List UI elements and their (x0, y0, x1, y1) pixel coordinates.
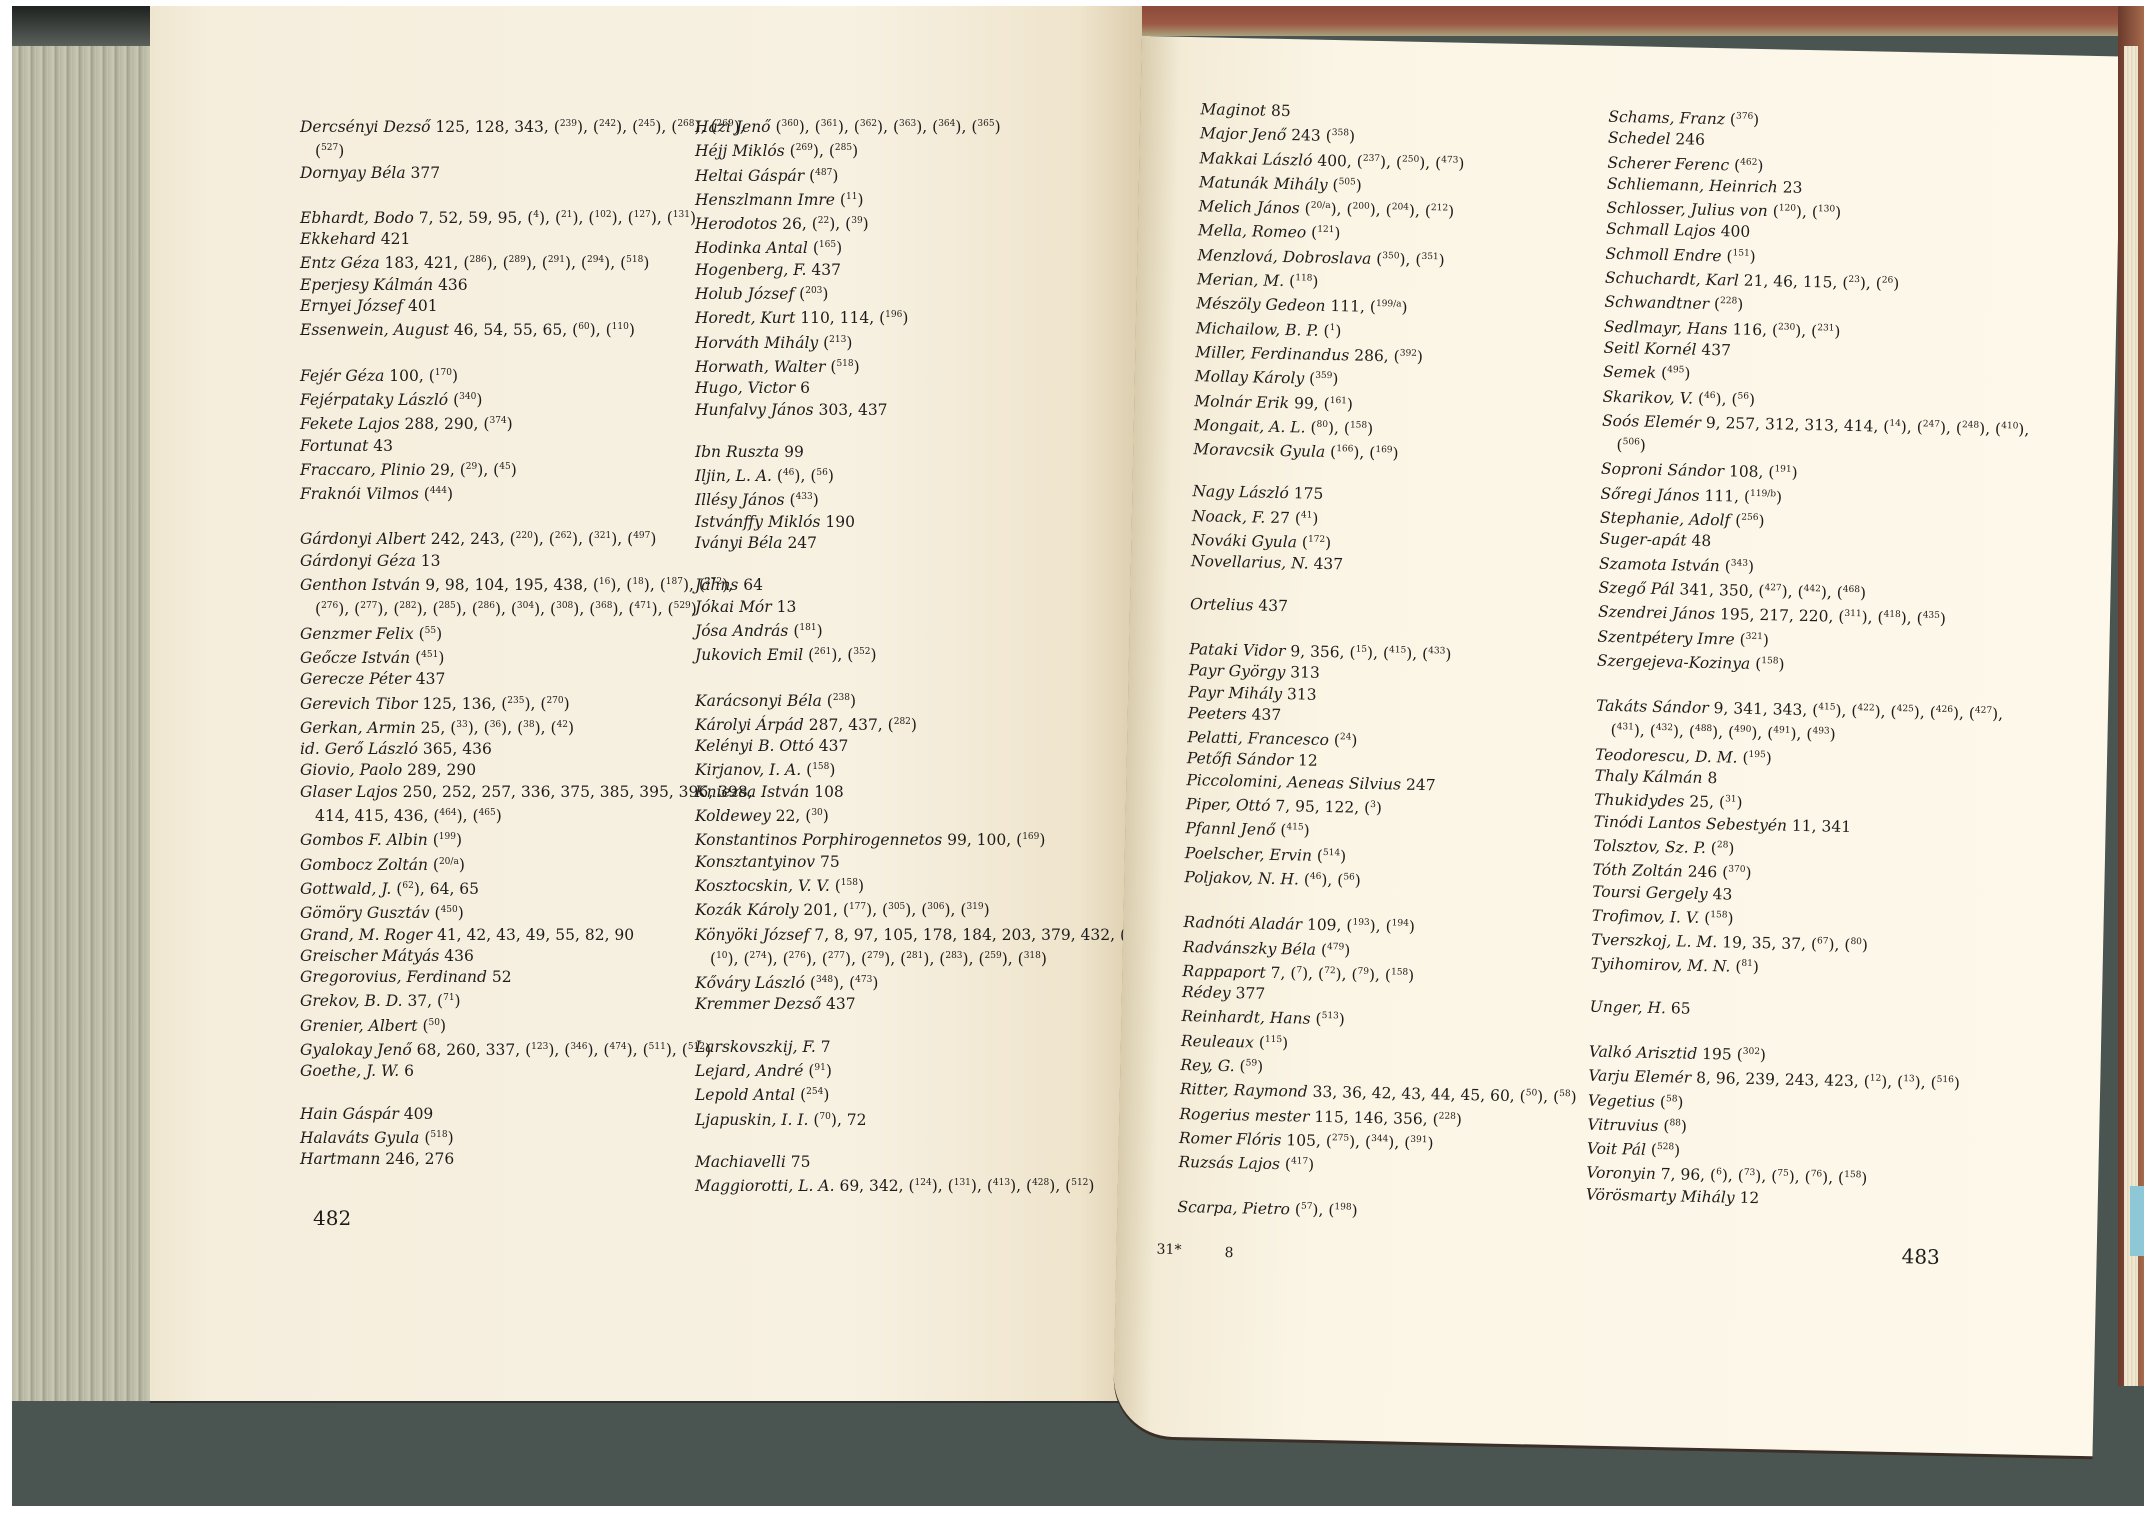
entry-name: Melich János (1198, 197, 1300, 217)
entry-page-refs: (254) (795, 1086, 829, 1104)
entry-page-refs: 65 (1666, 999, 1691, 1018)
entry-name: Jähns (695, 576, 738, 594)
page-stack-edge-right (2124, 46, 2138, 1386)
entry-name: Schmall Lajos (1606, 220, 1716, 240)
entry-page-refs: (462) (1729, 156, 1764, 175)
index-entry: Ljapuskin, I. I. (70), 72 (695, 1107, 1165, 1131)
entry-name: Hugo, Victor (695, 379, 795, 397)
entry-page-refs: 99, (161) (1289, 394, 1353, 413)
entry-name: Molnár Erik (1194, 392, 1289, 412)
entry-page-refs: (343) (1720, 557, 1755, 576)
entry-page-refs: 437 (411, 670, 446, 688)
entry-page-refs: 195 (302) (1697, 1045, 1766, 1064)
entry-page-refs: (505) (1327, 176, 1362, 195)
entry-page-refs: 400, (237), (250), (473) (1312, 151, 1464, 172)
entry-name: Soproni Sándor (1601, 460, 1724, 481)
entry-name: Piper, Ottó (1186, 795, 1271, 815)
entry-name: Mella, Romeo (1198, 222, 1307, 242)
entry-page-refs: 99, 100, (169) (942, 831, 1045, 849)
entry-page-refs: (321) (1734, 630, 1769, 649)
entry-page-refs: 29, (29), (45) (425, 461, 517, 479)
entry-name: Schmoll Endre (1605, 245, 1721, 265)
entry-page-refs: 43 (368, 437, 393, 455)
entry-page-refs: (120), (130) (1768, 202, 1842, 222)
entry-page-refs: (70), 72 (808, 1111, 866, 1129)
entry-name: Poljakov, N. H. (1184, 868, 1299, 888)
entry-page-refs: 401 (403, 297, 438, 315)
index-entry: Kőváry László (348), (473) (695, 970, 1165, 994)
entry-page-refs: 421 (376, 230, 411, 248)
entry-name: Károlyi Árpád (695, 716, 804, 734)
entry-page-refs: (121) (1306, 224, 1341, 243)
index-column-2: Házi Jenő (360), (361), (362), (363), (3… (695, 114, 1165, 1197)
entry-name: Jukovich Emil (695, 646, 803, 664)
entry-page-refs: 286, (392) (1349, 346, 1423, 366)
entry-page-refs: (213) (818, 334, 852, 352)
entry-page-refs: 437 (1696, 341, 1731, 360)
entry-name: Payr György (1189, 661, 1286, 681)
entry-name: Jókai Mór (695, 598, 772, 616)
entry-name: Moravcsik Gyula (1193, 440, 1325, 461)
entry-page-refs: 75 (786, 1153, 811, 1171)
entry-name: Vitruvius (1587, 1115, 1659, 1134)
entry-page-refs: (158) (1699, 909, 1734, 928)
index-entry: Jósa András (181) (695, 618, 1165, 642)
entry-name: Hain Gáspár (300, 1105, 399, 1123)
entry-page-refs: 48 (1686, 532, 1711, 551)
entry-name: Rogerius mester (1179, 1105, 1309, 1126)
index-entry: Iljin, L. A. (46), (56) (695, 463, 1165, 487)
index-entry: Könyöki József 7, 8, 97, 105, 178, 184, … (695, 922, 1165, 971)
entry-page-refs: (199) (428, 831, 462, 849)
entry-page-refs: 437 (821, 995, 856, 1013)
entry-name: Maginot (1200, 100, 1266, 119)
entry-page-refs: (444) (419, 485, 453, 503)
entry-page-refs: (350), (351) (1371, 250, 1445, 270)
entry-name: Lepold Antal (695, 1086, 795, 1104)
entry-name: id. Gerő László (300, 740, 418, 758)
entry-name: Rey, G. (1180, 1056, 1235, 1075)
entry-name: Schedel (1608, 129, 1671, 148)
entry-page-refs: (158) (1750, 655, 1785, 674)
index-entry: Herodotos 26, (22), (39) (695, 211, 1165, 235)
index-entry: Heltai Gáspár (487) (695, 163, 1165, 187)
entry-name: Szergejeva-Kozinya (1597, 651, 1751, 672)
entry-page-refs: 437 (814, 737, 849, 755)
entry-name: Genthon István (300, 576, 420, 594)
entry-name: Konsztantyinov (695, 853, 815, 871)
entry-page-refs: 111, (119/b) (1699, 487, 1782, 507)
section-gap (695, 1131, 1165, 1152)
entry-page-refs: (518) (419, 1129, 453, 1147)
index-entry: Iványi Béla 247 (695, 533, 1165, 554)
entry-name: Istvánffy Miklós (695, 513, 820, 531)
index-entry: Jukovich Emil (261), (352) (695, 642, 1165, 666)
entry-name: Eperjesy Kálmán (300, 276, 433, 294)
entry-name: Voronyin (1586, 1164, 1656, 1183)
section-gap (695, 667, 1165, 688)
entry-name: Peeters (1188, 704, 1247, 723)
entry-name: Illésy János (695, 491, 785, 509)
entry-page-refs: 377 (1230, 984, 1265, 1003)
index-entry: Jókai Mór 13 (695, 597, 1165, 618)
entry-name: Schuchardt, Karl (1605, 269, 1739, 290)
entry-name: Scarpa, Pietro (1177, 1198, 1290, 1218)
entry-name: Sőregi János (1600, 484, 1699, 504)
entry-name: Reuleaux (1181, 1032, 1254, 1052)
entry-page-refs: 37, (71) (403, 992, 461, 1010)
entry-name: Heltai Gáspár (695, 167, 804, 185)
page-number-left: 482 (313, 1206, 351, 1230)
entry-page-refs: 99 (779, 443, 804, 461)
entry-name: Iványi Béla (695, 534, 783, 552)
entry-name: Dercsényi Dezső (300, 118, 431, 136)
entry-name: Házi Jenő (695, 118, 771, 136)
entry-name: Michailow, B. P. (1196, 319, 1319, 340)
index-entry: Konsztantyinov 75 (695, 852, 1165, 873)
page-number-right: 483 (1901, 1244, 1940, 1269)
entry-page-refs: 365, 436 (418, 740, 492, 758)
entry-name: Koldewey (695, 807, 771, 825)
entry-page-refs: (165) (808, 239, 842, 257)
entry-name: Pfannl Jenő (1185, 819, 1275, 839)
entry-page-refs: (158) (830, 877, 864, 895)
entry-name: Tverszkoj, L. M. (1591, 931, 1717, 952)
entry-page-refs: (81) (1730, 958, 1759, 977)
entry-page-refs: 43 (1707, 885, 1732, 904)
entry-name: Tyihomirov, M. N. (1590, 955, 1730, 976)
index-entry: Hodinka Antal (165) (695, 235, 1165, 259)
entry-name: Jósa András (695, 622, 788, 640)
entry-name: Radvánszky Béla (1183, 938, 1316, 959)
entry-page-refs: 242, 243, (220), (262), (321), (497) (426, 530, 657, 548)
entry-page-refs: 109, (193), (194) (1302, 916, 1415, 936)
entry-page-refs: (415) (1275, 821, 1310, 840)
entry-name: Larskovszkij, F. (695, 1038, 816, 1056)
entry-page-refs: 7, (7), (72), (79), (158) (1265, 964, 1414, 985)
index-entry: Larskovszkij, F. 7 (695, 1037, 1165, 1058)
right-page: Maginot 85Major Jenő 243 (358)Makkai Lás… (1113, 36, 2122, 1456)
index-entry: Holub József (203) (695, 281, 1165, 305)
entry-page-refs: (20/a), (200), (204), (212) (1300, 200, 1455, 221)
entry-page-refs: (172) (1297, 533, 1332, 552)
entry-page-refs: 25, (33), (36), (38), (42) (416, 719, 574, 737)
entry-page-refs: 75 (815, 853, 840, 871)
entry-page-refs: 22, (30) (771, 807, 829, 825)
entry-name: Dornyay Béla (300, 164, 406, 182)
entry-name: Fekete Lajos (300, 415, 400, 433)
entry-page-refs: 7 (816, 1038, 831, 1056)
entry-name: Piccolomini, Aeneas Silvius (1186, 771, 1401, 793)
index-entry: Hunfalvy János 303, 437 (695, 400, 1165, 421)
entry-page-refs: 111, (199/a) (1325, 297, 1407, 317)
index-entry: Horváth Mihály (213) (695, 330, 1165, 354)
left-page: Dercsényi Dezső 125, 128, 343, (239), (2… (150, 6, 1150, 1403)
entry-page-refs: 110, 114, (196) (795, 309, 908, 327)
entry-page-refs: 69, 342, (124), (131), (413), (428), (51… (835, 1177, 1095, 1195)
entry-name: Nováki Gyula (1191, 531, 1297, 551)
index-entry: Hogenberg, F. 437 (695, 260, 1165, 281)
entry-page-refs: 13 (416, 552, 441, 570)
entry-name: Soós Elemér (1602, 412, 1701, 432)
entry-name: Thukidydes (1594, 791, 1685, 811)
index-entry: Maggiorotti, L. A. 69, 342, (124), (131)… (695, 1173, 1165, 1197)
bookmark-tab (2130, 1186, 2144, 1256)
entry-name: Thaly Kálmán (1594, 767, 1702, 787)
entry-page-refs: 313 (1282, 685, 1317, 704)
entry-name: Kelényi B. Ottó (695, 737, 814, 755)
entry-page-refs: (261), (352) (803, 646, 876, 664)
entry-page-refs: 437 (1246, 705, 1281, 724)
index-entry: Horwath, Walter (518) (695, 354, 1165, 378)
entry-page-refs: 409 (399, 1105, 434, 1123)
entry-name: Genzmer Felix (300, 625, 414, 643)
entry-page-refs: (50) (418, 1017, 447, 1035)
entry-name: Henszlmann Imre (695, 191, 835, 209)
entry-name: Ernyei József (300, 297, 403, 315)
entry-name: Gárdonyi Géza (300, 552, 416, 570)
entry-name: Stephanie, Adolf (1600, 509, 1731, 530)
entry-page-refs: 246, 276 (380, 1150, 454, 1168)
entry-name: Gombos F. Albin (300, 831, 428, 849)
section-gap (695, 421, 1165, 442)
entry-name: Petőfi Sándor (1187, 750, 1294, 770)
entry-name: Vörösmarty Mihály (1586, 1185, 1735, 1206)
entry-page-refs: (151) (1721, 247, 1756, 266)
entry-name: Iljin, L. A. (695, 467, 772, 485)
entry-page-refs: 400 (1716, 223, 1751, 242)
entry-name: Horedt, Kurt (695, 309, 795, 327)
entry-name: Kremmer Dezső (695, 995, 821, 1013)
entry-name: Halaváts Gyula (300, 1129, 419, 1147)
entry-page-refs: (487) (804, 167, 838, 185)
entry-name: Mongait, A. L. (1194, 416, 1306, 436)
entry-name: Hartmann (300, 1150, 380, 1168)
entry-page-refs: 27 (41) (1265, 508, 1319, 527)
entry-page-refs: (417) (1280, 1155, 1315, 1174)
index-entry: Machiavelli 75 (695, 1152, 1165, 1173)
entry-page-refs: (24) (1329, 731, 1358, 750)
index-entry: Kirjanov, I. A. (158) (695, 757, 1165, 781)
entry-page-refs: (59) (1234, 1057, 1263, 1076)
entry-page-refs: 377 (406, 164, 441, 182)
entry-page-refs: 25, (31) (1684, 793, 1742, 812)
entry-name: Makkai László (1199, 149, 1312, 169)
entry-name: Gerecze Péter (300, 670, 411, 688)
index-column-3: Maginot 85Major Jenő 243 (358)Makkai Lás… (1177, 99, 1630, 1228)
entry-name: Holub József (695, 285, 794, 303)
entry-name: Grekov, B. D. (300, 992, 403, 1010)
entry-page-refs: (115) (1254, 1033, 1289, 1052)
index-column-4: Schams, Franz (376)Schedel 246Scherer Fe… (1586, 104, 2049, 1215)
entry-name: Szamota István (1599, 554, 1720, 575)
index-entry: Házi Jenő (360), (361), (362), (363), (3… (695, 114, 1165, 138)
entry-page-refs: (203) (794, 285, 828, 303)
entry-page-refs: 303, 437 (814, 401, 888, 419)
entry-page-refs: (269), (285) (785, 142, 858, 160)
entry-page-refs: 288, 290, (374) (400, 415, 513, 433)
entry-name: Horwath, Walter (695, 358, 825, 376)
entry-name: Ljapuskin, I. I. (695, 1111, 808, 1129)
entry-name: Merian, M. (1197, 270, 1285, 290)
entry-page-refs: (479) (1316, 940, 1351, 959)
book-scan: Dercsényi Dezső 125, 128, 343, (239), (2… (12, 6, 2144, 1506)
page-stack-edge (12, 6, 162, 1401)
entry-name: Valkó Arisztid (1589, 1043, 1698, 1063)
entry-page-refs: (80), (158) (1305, 418, 1373, 437)
entry-name: Fejér Géza (300, 367, 384, 385)
entry-name: Gerkan, Armin (300, 719, 416, 737)
entry-page-refs: (1) (1318, 321, 1341, 339)
section-gap (695, 1016, 1165, 1037)
entry-page-refs: 175 (1289, 485, 1324, 504)
entry-name: Reinhardt, Hans (1181, 1007, 1310, 1028)
entry-page-refs: 190 (820, 513, 855, 531)
entry-page-refs: (158) (801, 761, 835, 779)
entry-page-refs: 246 (1670, 130, 1705, 149)
entry-page-refs: (495) (1656, 364, 1691, 383)
entry-name: Ibn Ruszta (695, 443, 779, 461)
entry-page-refs: 437 (806, 261, 841, 279)
index-entry: Lepold Antal (254) (695, 1082, 1165, 1106)
entry-page-refs: 246 (370) (1683, 863, 1752, 882)
entry-name: Novellarius, N. (1191, 552, 1309, 572)
entry-page-refs: 201, (177), (305), (306), (319) (799, 901, 990, 919)
entry-name: Fraknói Vilmos (300, 485, 419, 503)
index-entry: Kelényi B. Ottó 437 (695, 736, 1165, 757)
entry-page-refs: 7, 95, 122, (3) (1270, 797, 1382, 817)
entry-name: Szentpétery Imre (1597, 627, 1735, 648)
entry-name: Fortunat (300, 437, 368, 455)
entry-name: Semek (1603, 363, 1656, 382)
index-entry: Károlyi Árpád 287, 437, (282) (695, 712, 1165, 736)
entry-name: Tinódi Lantos Sebestyén (1593, 812, 1787, 834)
entry-page-refs: 243 (358) (1286, 126, 1355, 145)
entry-name: Lejard, André (695, 1062, 803, 1080)
entry-name: Essenwein, August (300, 321, 449, 339)
entry-name: Seitl Kornél (1603, 339, 1696, 359)
entry-page-refs: 85 (1266, 102, 1291, 121)
entry-name: Trofimov, I. V. (1591, 906, 1699, 926)
section-gap (695, 554, 1165, 575)
entry-name: Noack, F. (1192, 507, 1266, 527)
entry-page-refs: (433) (785, 491, 819, 509)
index-entry: Kosztocskin, V. V. (158) (695, 873, 1165, 897)
entry-page-refs: 23 (1778, 178, 1803, 197)
entry-name: Hodinka Antal (695, 239, 808, 257)
entry-name: Gerevich Tibor (300, 695, 417, 713)
entry-page-refs: 289, 290 (402, 761, 476, 779)
entry-name: Hogenberg, F. (695, 261, 806, 279)
entry-name: Konstantinos Porphirogennetos (695, 831, 942, 849)
entry-name: Takáts Sándor (1596, 697, 1709, 717)
entry-page-refs: (238) (822, 692, 856, 710)
entry-page-refs: (46), (56) (772, 467, 834, 485)
entry-page-refs: 183, 421, (286), (289), (291), (294), (5… (380, 254, 650, 272)
entry-page-refs: 436 (433, 276, 468, 294)
entry-page-refs: (46), (56) (1299, 870, 1361, 889)
index-entry: Karácsonyi Béla (238) (695, 688, 1165, 712)
entry-name: Herodotos (695, 215, 777, 233)
entry-name: Fraccaro, Plinio (300, 461, 425, 479)
entry-page-refs: (450) (430, 904, 464, 922)
entry-page-refs: 313 (1285, 663, 1320, 682)
entry-name: Rédey (1182, 983, 1231, 1002)
entry-page-refs: 287, 437, (282) (804, 716, 917, 734)
entry-name: Héjj Miklós (695, 142, 785, 160)
index-entry: Kozák Károly 201, (177), (305), (306), (… (695, 897, 1165, 921)
entry-page-refs: (118) (1284, 272, 1319, 291)
entry-page-refs: (513) (1310, 1010, 1345, 1029)
entry-page-refs: 12 (1734, 1188, 1759, 1207)
entry-page-refs: 125, 136, (235), (270) (417, 695, 569, 713)
entry-page-refs: (88) (1658, 1117, 1687, 1136)
entry-page-refs: (55) (414, 625, 443, 643)
entry-name: Nagy László (1192, 483, 1289, 503)
entry-name: Payr Mihály (1188, 683, 1282, 703)
entry-name: Ritter, Raymond (1180, 1080, 1308, 1101)
entry-page-refs: 12 (1293, 752, 1318, 771)
index-entry: Henszlmann Imre (11) (695, 187, 1165, 211)
entry-name: Maggiorotti, L. A. (695, 1177, 835, 1195)
signature-number: 8 (1224, 1245, 1233, 1261)
entry-page-refs: (518) (825, 358, 859, 376)
entry-name: Ebhardt, Bodo (300, 209, 414, 227)
entry-name: Giovio, Paolo (300, 761, 402, 779)
entry-name: Menzlová, Dobroslava (1197, 246, 1371, 268)
entry-page-refs: 8, 96, 239, 243, 423, (12), (13), (516) (1691, 1069, 1960, 1093)
entry-page-refs: (58) (1655, 1093, 1684, 1112)
entry-name: Fejérpataky László (300, 391, 448, 409)
entry-page-refs: (195) (1737, 748, 1772, 767)
entry-name: Tolsztov, Sz. P. (1593, 837, 1706, 857)
entry-name: Miller, Ferdinandus (1195, 343, 1349, 364)
index-entry: Hugo, Victor 6 (695, 378, 1165, 399)
entry-page-refs: 437 (1253, 596, 1288, 615)
entry-page-refs: 13 (772, 598, 797, 616)
entry-name: Kozák Károly (695, 901, 799, 919)
entry-page-refs: 115, 146, 356, (228) (1309, 1107, 1462, 1128)
entry-name: Geőcze István (300, 649, 410, 667)
entry-page-refs: (451) (410, 649, 444, 667)
entry-name: Pataki Vidor (1189, 640, 1286, 660)
entry-page-refs: 26, (22), (39) (777, 215, 869, 233)
entry-page-refs: 7, 96, (6), (73), (75), (76), (158) (1656, 1165, 1868, 1187)
entry-name: Varju Elemér (1588, 1067, 1691, 1087)
entry-name: Tóth Zoltán (1592, 861, 1682, 881)
entry-page-refs: (340) (448, 391, 482, 409)
entry-page-refs: 6 (795, 379, 810, 397)
entry-page-refs: 19, 35, 37, (67), (80) (1717, 933, 1868, 954)
entry-name: Major Jenő (1200, 125, 1287, 145)
index-entry: Konstantinos Porphirogennetos 99, 100, (… (695, 827, 1165, 851)
entry-name: Scherer Ferenc (1607, 153, 1729, 174)
entry-name: Machiavelli (695, 1153, 786, 1171)
entry-page-refs: 64 (738, 576, 763, 594)
entry-name: Schliemann, Heinrich (1607, 175, 1778, 197)
entry-name: Romer Flóris (1179, 1129, 1282, 1149)
entry-name: Suger-apát (1599, 530, 1686, 550)
entry-page-refs: 33, 36, 42, 43, 44, 45, 60, (50), (58) (1308, 1083, 1577, 1107)
entry-page-refs: 6 (399, 1062, 414, 1080)
entry-name: Toursi Gergely (1592, 882, 1708, 902)
entry-name: Unger, H. (1590, 997, 1667, 1017)
entry-name: Glaser Lajos (300, 783, 398, 801)
entry-name: Gyalokay Jenő (300, 1041, 412, 1059)
signature-mark: 31* (1156, 1242, 1181, 1259)
entry-name: Entz Géza (300, 254, 380, 272)
entry-name: Matunák Mihály (1199, 173, 1328, 194)
